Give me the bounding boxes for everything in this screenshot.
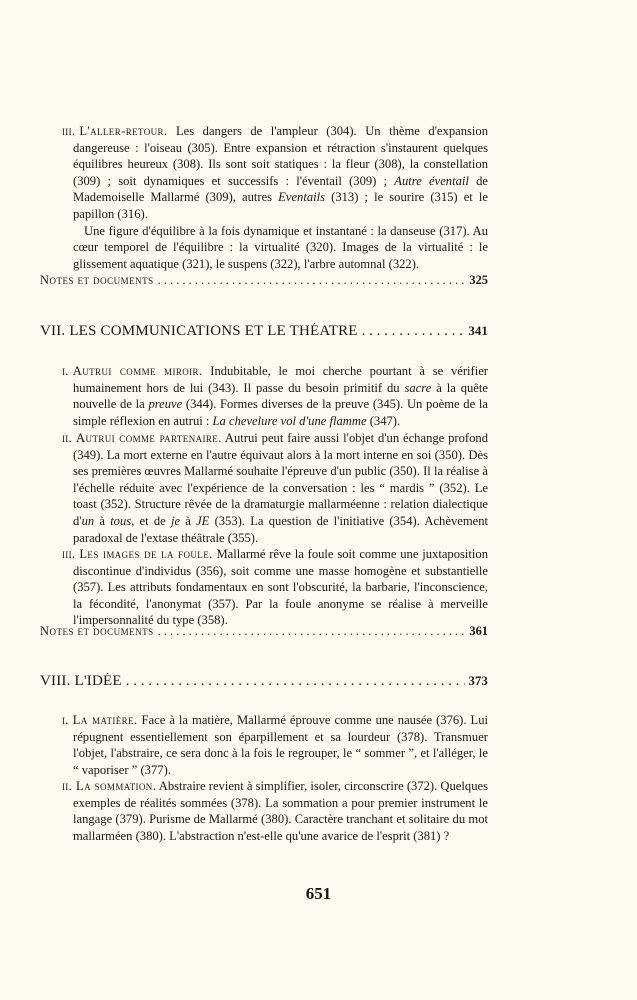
- entry-paragraph: iii.L'aller-retour. Les dangers de l'amp…: [62, 123, 488, 223]
- toc-label: Notes et documents: [40, 273, 154, 288]
- entry-paragraph-2: Une figure d'équilibre à la fois dynamiq…: [62, 223, 488, 273]
- page-number-folio: 651: [0, 884, 637, 904]
- entry-text: à: [180, 514, 196, 528]
- entry-title: L'aller-retour.: [79, 124, 167, 138]
- entry-title: Les images de la foule.: [79, 547, 212, 561]
- toc-label: Notes et documents: [40, 624, 154, 639]
- entry-number: ii.: [62, 779, 72, 793]
- toc-entry-images-foule: iii.Les images de la foule. Mallarmé rêv…: [62, 546, 488, 629]
- entry-italic: sacre: [404, 381, 431, 395]
- entry-title: La sommation.: [76, 779, 156, 793]
- entry-text: (347).: [367, 414, 401, 428]
- entry-italic-title: Eventails: [278, 190, 325, 204]
- toc-entry-aller-retour: iii.L'aller-retour. Les dangers de l'amp…: [62, 123, 488, 272]
- entry-paragraph: i.La matière. Face à la matière, Mallarm…: [62, 712, 488, 778]
- leader-dots: [158, 624, 466, 639]
- leader-dots: [158, 273, 466, 288]
- entry-italic-title: La chevelure vol d'une flamme: [213, 414, 367, 428]
- entry-italic: tous: [110, 514, 131, 528]
- entry-paragraph: ii.Autrui comme partenaire. Autrui peut …: [62, 430, 488, 546]
- entry-number: i.: [62, 713, 69, 727]
- entry-title: La matière.: [73, 713, 138, 727]
- toc-entry-autrui-partenaire: ii.Autrui comme partenaire. Autrui peut …: [62, 430, 488, 546]
- entry-number: iii.: [62, 124, 75, 138]
- entry-paragraph: iii.Les images de la foule. Mallarmé rêv…: [62, 546, 488, 629]
- toc-line-notes-325: Notes et documents 325: [40, 273, 488, 288]
- entry-italic-title: Autre éventail: [394, 174, 469, 188]
- entry-text: à: [94, 514, 110, 528]
- toc-page-number: 341: [469, 324, 489, 339]
- leader-dots: [362, 323, 465, 340]
- chapter-title: VIII. L'IDÉE: [40, 673, 122, 690]
- entry-italic: preuve: [148, 397, 182, 411]
- toc-page-number: 373: [469, 674, 489, 689]
- chapter-heading-viii: VIII. L'IDÉE 373: [40, 673, 488, 690]
- chapter-heading-vii: VII. LES COMMUNICATIONS ET LE THÉATRE 34…: [40, 323, 488, 340]
- entry-italic: un: [82, 514, 95, 528]
- book-page: iii.L'aller-retour. Les dangers de l'amp…: [0, 0, 637, 1000]
- entry-number: i.: [62, 364, 69, 378]
- entry-paragraph: ii.La sommation. Abstraire revient à sim…: [62, 778, 488, 844]
- toc-entry-matiere: i.La matière. Face à la matière, Mallarm…: [62, 712, 488, 778]
- entry-italic: je: [171, 514, 180, 528]
- entry-title: Autrui comme miroir.: [73, 364, 203, 378]
- toc-entry-sommation: ii.La sommation. Abstraire revient à sim…: [62, 778, 488, 844]
- entry-paragraph: i.Autrui comme miroir. Indubitable, le m…: [62, 363, 488, 429]
- entry-title: Autrui comme partenaire.: [76, 431, 222, 445]
- toc-page-number: 361: [469, 624, 488, 639]
- leader-dots: [126, 673, 465, 690]
- entry-number: ii.: [62, 431, 72, 445]
- entry-text: , et de: [131, 514, 171, 528]
- entry-number: iii.: [62, 547, 75, 561]
- toc-line-notes-361: Notes et documents 361: [40, 624, 488, 639]
- toc-page-number: 325: [469, 273, 488, 288]
- toc-entry-autrui-miroir: i.Autrui comme miroir. Indubitable, le m…: [62, 363, 488, 429]
- chapter-title: VII. LES COMMUNICATIONS ET LE THÉATRE: [40, 323, 358, 340]
- entry-italic: JE: [196, 514, 209, 528]
